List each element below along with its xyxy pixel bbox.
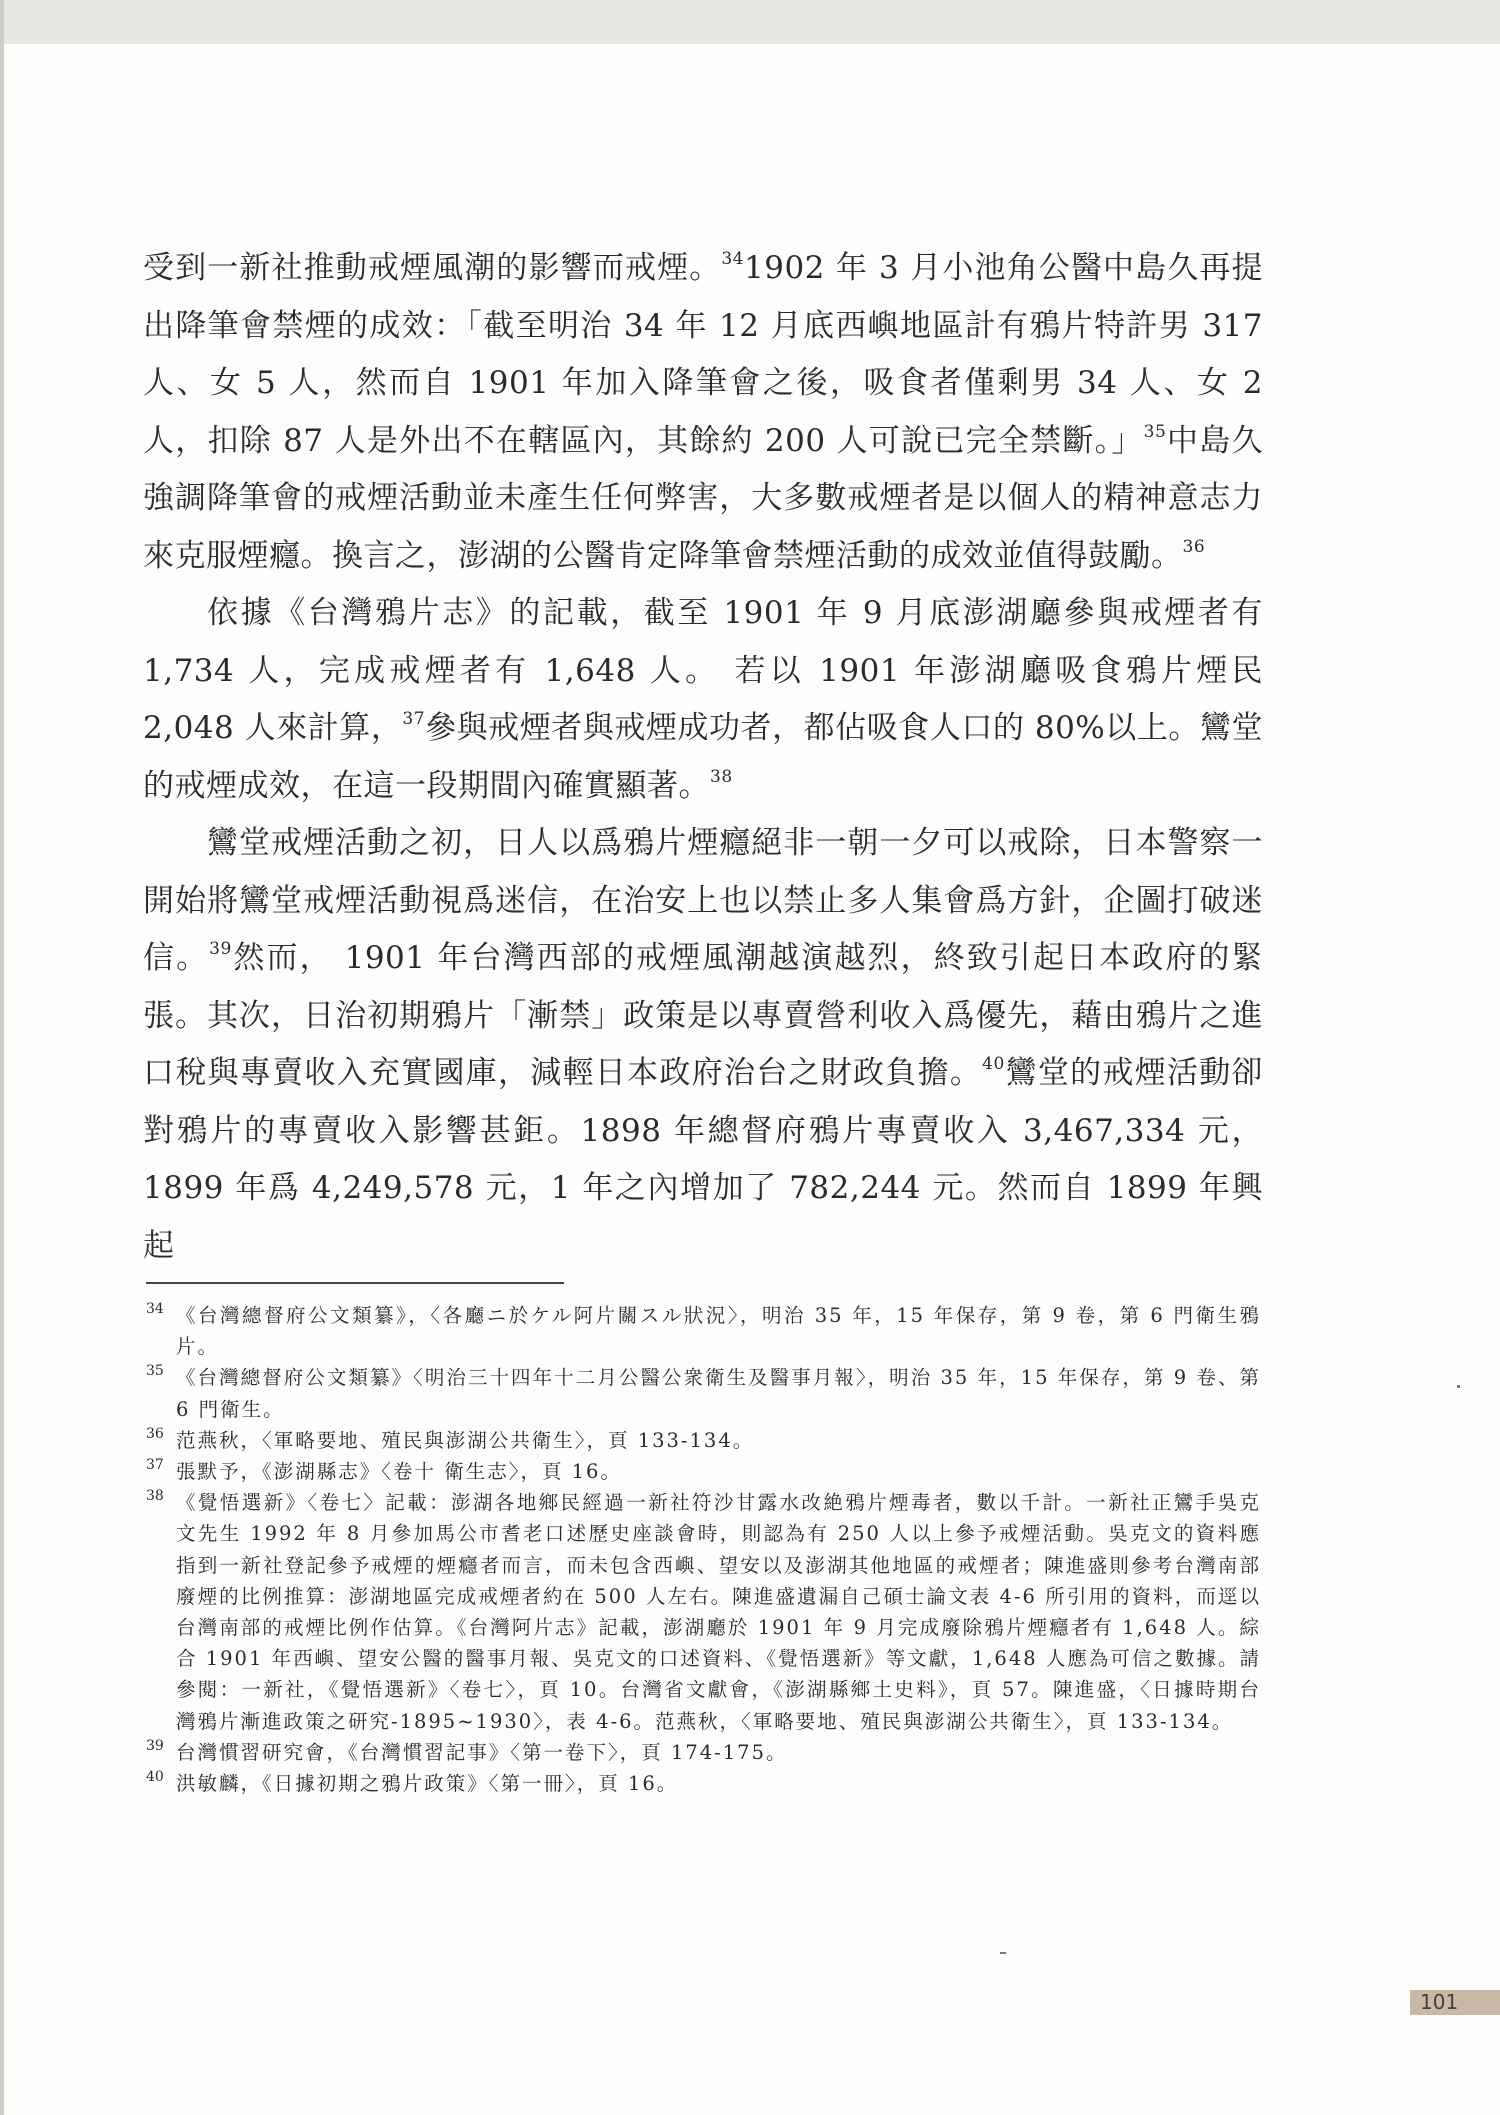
footnotes: 34《台灣總督府公文類纂》，〈各廳ニ於ケル阿片關スル狀況〉，明治 35 年，15…	[146, 1300, 1261, 1799]
footnote-number: 38	[146, 1481, 164, 1512]
footnote-text: 台灣慣習研究會，《台灣慣習記事》〈第一卷下〉，頁 174-175。	[176, 1741, 787, 1764]
scan-left-edge	[0, 0, 4, 2115]
footnote-reference[interactable]: 39	[209, 939, 232, 959]
scan-speck	[1000, 1952, 1006, 1954]
footnote-number: 39	[146, 1731, 164, 1762]
body-paragraph: 受到一新社推動戒煙風潮的影響而戒煙。341902 年 3 月小池角公醫中島久再提…	[143, 240, 1263, 585]
footnote-item: 39台灣慣習研究會，《台灣慣習記事》〈第一卷下〉，頁 174-175。	[146, 1737, 1261, 1768]
footnote-item: 40洪敏麟，《日據初期之鴉片政策》〈第一冊〉，頁 16。	[146, 1768, 1261, 1799]
footnote-item: 36范燕秋，〈軍略要地、殖民與澎湖公共衛生〉，頁 133-134。	[146, 1425, 1261, 1456]
footnote-text: 范燕秋，〈軍略要地、殖民與澎湖公共衛生〉，頁 133-134。	[176, 1429, 754, 1452]
footnote-reference[interactable]: 35	[1144, 422, 1167, 442]
footnote-number: 35	[146, 1356, 164, 1387]
footnote-reference[interactable]: 38	[710, 767, 733, 787]
footnote-item: 34《台灣總督府公文類纂》，〈各廳ニ於ケル阿片關スル狀況〉，明治 35 年，15…	[146, 1300, 1261, 1362]
footnote-reference[interactable]: 37	[402, 709, 425, 729]
footnote-number: 34	[146, 1294, 164, 1325]
scan-speck	[1457, 1385, 1460, 1388]
footnote-text: 《台灣總督府公文類纂》，〈各廳ニ於ケル阿片關スル狀況〉，明治 35 年，15 年…	[176, 1304, 1261, 1358]
body-paragraph: 依據《台灣鴉片志》的記載，截至 1901 年 9 月底澎湖廳參與戒煙者有 1,7…	[143, 585, 1263, 815]
footnote-text: 《台灣總督府公文類纂》〈明治三十四年十二月公醫公衆衛生及醫事月報〉，明治 35 …	[176, 1366, 1261, 1420]
main-body-text: 受到一新社推動戒煙風潮的影響而戒煙。341902 年 3 月小池角公醫中島久再提…	[143, 240, 1263, 1275]
footnote-item: 38《覺悟選新》〈卷七〉記載：澎湖各地鄉民經過一新社符沙甘露水改絶鴉片煙毒者，數…	[146, 1487, 1261, 1737]
footnote-text: 張默予，《澎湖縣志》〈卷十 衛生志〉，頁 16。	[176, 1460, 622, 1483]
paragraph-text: 受到一新社推動戒煙風潮的影響而戒煙。	[143, 250, 721, 286]
footnote-text: 洪敏麟，《日據初期之鴉片政策》〈第一冊〉，頁 16。	[176, 1772, 678, 1795]
footnote-number: 37	[146, 1450, 164, 1481]
footnote-separator	[146, 1282, 564, 1284]
body-paragraph: 鸞堂戒煙活動之初，日人以爲鴉片煙癮絕非一朝一夕可以戒除，日本警察一開始將鸞堂戒煙…	[143, 815, 1263, 1275]
footnote-item: 37張默予，《澎湖縣志》〈卷十 衛生志〉，頁 16。	[146, 1456, 1261, 1487]
page-number: 101	[1410, 1990, 1500, 2015]
footnote-number: 40	[146, 1762, 164, 1793]
footnote-reference[interactable]: 36	[1183, 537, 1206, 557]
scan-top-band	[0, 0, 1500, 44]
footnote-reference[interactable]: 34	[721, 249, 744, 269]
footnote-number: 36	[146, 1419, 164, 1450]
footnote-reference[interactable]: 40	[982, 1054, 1005, 1074]
footnote-item: 35《台灣總督府公文類纂》〈明治三十四年十二月公醫公衆衛生及醫事月報〉，明治 3…	[146, 1362, 1261, 1424]
footnote-text: 《覺悟選新》〈卷七〉記載：澎湖各地鄉民經過一新社符沙甘露水改絶鴉片煙毒者，數以千…	[176, 1491, 1261, 1732]
